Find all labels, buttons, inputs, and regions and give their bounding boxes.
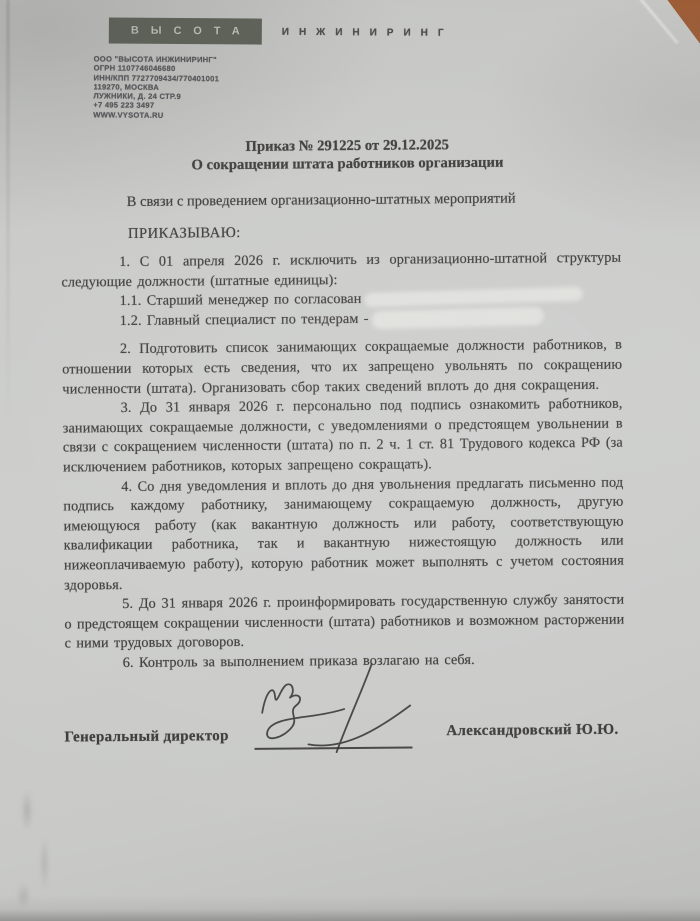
order-item-1-1-text: 1.1. Старший менеджер по согласован [120, 291, 362, 309]
order-item-3: 3. До 31 января 2026 г. персонально под … [62, 395, 623, 478]
redaction-smear [371, 306, 543, 328]
document-photo: ВЫСОТА ИНЖИНИРИНГ ООО "ВЫСОТА ИНЖИНИРИНГ… [0, 0, 700, 921]
handwritten-signature-icon [248, 659, 429, 757]
order-item-4: 4. Со дня уведомления и вплоть до дня ув… [63, 473, 624, 595]
logo-engineering-text: ИНЖИНИРИНГ [282, 26, 454, 38]
order-item-1: 1. С 01 апреля 2026 г. исключить из орга… [61, 249, 621, 293]
order-heading: Приказ № 291225 от 29.12.2025 О сокращен… [62, 136, 632, 177]
order-item-2: 2. Подготовить список занимающих сокраща… [62, 336, 622, 400]
paper-content: ВЫСОТА ИНЖИНИРИНГ ООО "ВЫСОТА ИНЖИНИРИНГ… [0, 0, 700, 921]
order-item-1-2-text: 1.2. Главный специалист по тендерам - [120, 311, 369, 329]
signatory-name: Александровский Ю.Ю. [446, 722, 618, 741]
redaction-smear [364, 287, 582, 307]
order-body: 1. С 01 апреля 2026 г. исключить из орга… [61, 249, 625, 674]
logo-wordmark: ВЫСОТА [109, 18, 262, 45]
company-logo: ВЫСОТА ИНЖИНИРИНГ [109, 18, 454, 46]
company-website: WWW.VYSOTA.RU [93, 110, 453, 122]
preamble: В связи с проведением организационно-шта… [63, 190, 633, 212]
order-subject: О сокращении штата работников организаци… [62, 153, 632, 176]
order-item-5: 5. До 31 января 2026 г. проинформировать… [64, 591, 624, 655]
company-details: ООО "ВЫСОТА ИНЖИНИРИНГ" ОГРН 11077460466… [93, 54, 453, 122]
signatory-position: Генеральный директор [64, 728, 228, 746]
decree-word: ПРИКАЗЫВАЮ: [128, 225, 241, 243]
letterhead: ВЫСОТА ИНЖИНИРИНГ ООО "ВЫСОТА ИНЖИНИРИНГ… [93, 17, 453, 122]
